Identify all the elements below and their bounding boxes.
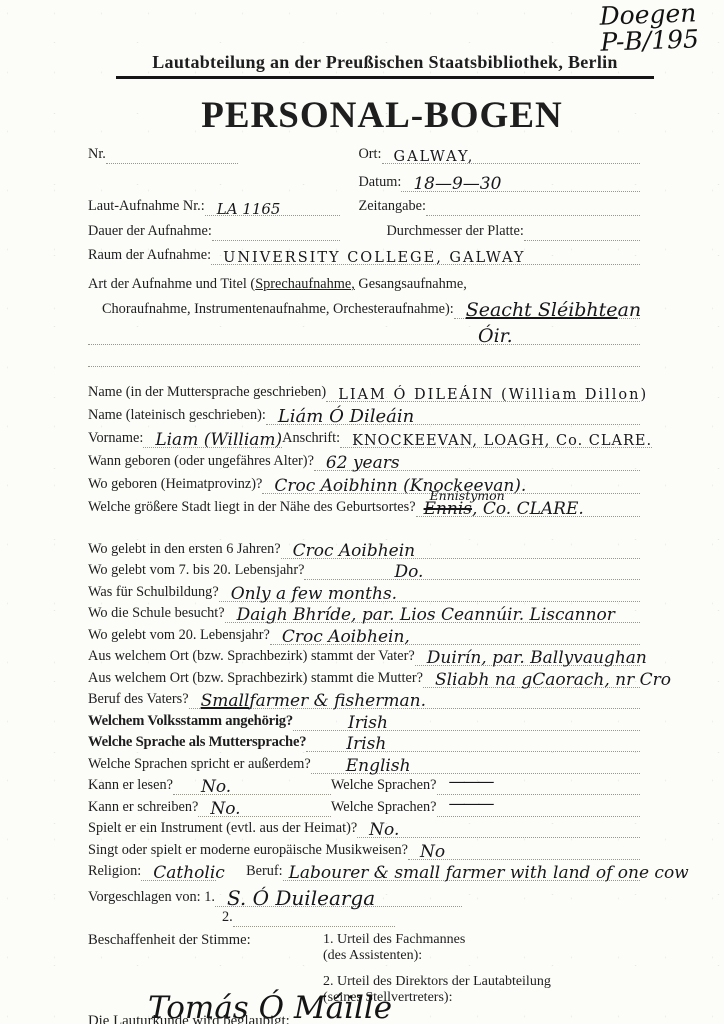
zeitangabe-field (426, 193, 640, 216)
row-nr-ort: Nr. Ort: GALWAY, (88, 142, 640, 164)
zeitangabe-label: Zeitangabe: (358, 198, 425, 216)
raum-label: Raum der Aufnahme: (88, 247, 211, 265)
from20-label: Wo gelebt vom 20. Lebensjahr? (88, 627, 270, 645)
row-vorname-anschrift: Vorname: Liam (William) Anschrift: KNOCK… (88, 425, 640, 448)
other-langs-label: Welche Sprachen spricht er außerdem? (88, 756, 311, 774)
certifier-signature: Tomás Ó Máille (148, 990, 392, 1024)
row-lautnr-zeit: Laut-Aufnahme Nr.: LA 1165 Zeitangabe: (88, 194, 640, 216)
nr-field (106, 141, 238, 164)
archive-annotation-number: P-B/195 (600, 26, 699, 55)
instrument-value: No. (369, 822, 399, 839)
row-modern-music: Singt oder spielt er moderne europäische… (88, 838, 640, 860)
art-titel-field: Seacht Sléibhte an (454, 294, 640, 319)
row-dauer-durchmesser: Dauer der Aufnahme: Durchmesser der Plat… (88, 219, 640, 241)
schooling-label: Was für Schulbildung? (88, 584, 219, 602)
row-father-job: Beruf des Vaters? Small farmer & fisherm… (88, 688, 640, 710)
row-other-langs: Welche Sprachen spricht er außerdem? Eng… (88, 752, 640, 774)
write-langs-label: Welche Sprachen? (331, 799, 437, 817)
first6-label: Wo gelebt in den ersten 6 Jahren? (88, 541, 281, 559)
voice-expert-line2: (des Assistenten): (323, 948, 551, 964)
row-from20: Wo gelebt vom 20. Lebensjahr? Croc Aoibh… (88, 623, 640, 645)
tribe-field: Irish (293, 708, 640, 731)
sprechaufnahme-underlined: Sprechaufnahme, (255, 276, 355, 292)
nearest-city-label: Welche größere Stadt liegt in der Nähe d… (88, 499, 416, 517)
y7to20-field: Do. (304, 558, 640, 581)
name-native-value: LIAM Ó DILEÁIN (William Dillon) (338, 388, 648, 403)
y7to20-label: Wo gelebt vom 7. bis 20. Lebensjahr? (88, 562, 304, 580)
read-langs-field: ——— (437, 773, 641, 796)
ort-value: GALWAY, (394, 150, 475, 165)
dauer-field (212, 218, 341, 241)
tribe-label: Welchem Volksstamm angehörig? (88, 713, 293, 731)
father-from-field: Duirín, par. Ballyvaughan (415, 644, 640, 667)
row-schooling: Was für Schulbildung? Only a few months. (88, 580, 640, 602)
nearest-city-field: EnnistymonEnnis , Co. CLARE. (416, 493, 640, 517)
can-write-value: No. (210, 801, 240, 818)
voice-expert-line1: 1. Urteil des Fachmannes (323, 932, 551, 948)
can-read-label: Kann er lesen? (88, 777, 173, 795)
born-where-label: Wo geboren (Heimatprovinz)? (88, 476, 262, 494)
row-father-from: Aus welchem Ort (bzw. Sprachbezirk) stam… (88, 645, 640, 667)
art-label-line1: Art der Aufnahme und Titel (Sprechaufnah… (88, 276, 467, 293)
proposed-by-field: S. Ó Duilearga (215, 882, 462, 907)
religion-value: Catholic (153, 865, 225, 882)
nearest-city-correction: EnnistymonEnnis (424, 501, 472, 518)
schooling-field: Only a few months. (219, 579, 640, 602)
lautnr-label: Laut-Aufnahme Nr.: (88, 198, 205, 216)
father-from-label: Aus welchem Ort (bzw. Sprachbezirk) stam… (88, 648, 415, 666)
row-name-native: Name (in der Muttersprache geschrieben) … (88, 379, 640, 402)
voice-expert-judgement: 1. Urteil des Fachmannes (des Assistente… (323, 932, 551, 963)
row-raum: Raum der Aufnahme: UNIVERSITY COLLEGE, G… (88, 243, 640, 265)
row-nearest-city: Welche größere Stadt liegt in der Nähe d… (88, 494, 640, 517)
first6-field: Croc Aoibhein (281, 536, 640, 559)
born-when-label: Wann geboren (oder ungefähres Alter)? (88, 453, 314, 471)
row-proposed-by-2: 2. (88, 907, 640, 927)
modern-music-label: Singt oder spielt er moderne europäische… (88, 842, 408, 860)
read-langs-value: ——— (449, 774, 493, 791)
mother-tongue-label: Welche Sprache als Muttersprache? (88, 734, 306, 752)
proposed-by-2-label: 2. (222, 909, 233, 927)
school-where-label: Wo die Schule besucht? (88, 605, 225, 623)
school-where-field: Daigh Bhríde, par. Lios Ceannúir. Liscan… (225, 601, 640, 624)
mother-from-label: Aus welchem Ort (bzw. Sprachbezirk) stam… (88, 670, 423, 688)
read-langs-label: Welche Sprachen? (331, 777, 437, 795)
beruf-label: Beruf: (216, 863, 283, 881)
name-latin-field: Liám Ó Dileáin (266, 401, 640, 425)
row-7to20: Wo gelebt vom 7. bis 20. Lebensjahr? Do. (88, 559, 640, 581)
from20-field: Croc Aoibhein, (270, 622, 640, 645)
vorname-field: Liam (William) (143, 424, 282, 448)
row-mother-tongue: Welche Sprache als Muttersprache? Irish (88, 731, 640, 753)
row-born-when: Wann geboren (oder ungefähres Alter)? 62… (88, 448, 640, 471)
can-write-field: No. (198, 794, 331, 817)
lautnr-field: LA 1165 (205, 193, 341, 216)
row-datum: Datum: 18—9—30 (88, 170, 640, 192)
name-native-field: LIAM Ó DILEÁIN (William Dillon) (326, 378, 640, 402)
nr-label: Nr. (88, 146, 106, 164)
row-name-latin: Name (lateinisch geschrieben): Liám Ó Di… (88, 402, 640, 425)
raum-value: UNIVERSITY COLLEGE, GALWAY (223, 251, 525, 266)
row-instrument: Spielt er ein Instrument (evtl. aus der … (88, 817, 640, 839)
other-langs-value: English (346, 758, 411, 775)
anschrift-value: KNOCKEEVAN, LOAGH, Co. CLARE. (352, 434, 652, 449)
lautnr-value: LA 1165 (217, 202, 281, 217)
datum-label: Datum: (358, 174, 401, 192)
born-when-field: 62 years (314, 447, 640, 471)
row-art-line2: Choraufnahme, Instrumentenaufnahme, Orch… (88, 295, 640, 319)
durchmesser-field (524, 218, 640, 241)
anschrift-field: KNOCKEEVAN, LOAGH, Co. CLARE. (340, 424, 652, 448)
ort-field: GALWAY, (382, 141, 641, 164)
form-title: PERSONAL-BOGEN (40, 94, 724, 137)
ort-label: Ort: (358, 146, 381, 164)
write-langs-field: ——— (437, 794, 641, 817)
proposed-by-2-field (233, 906, 395, 927)
anschrift-label: Anschrift: (282, 430, 340, 448)
modern-music-field: No (408, 837, 640, 860)
row-first6: Wo gelebt in den ersten 6 Jahren? Croc A… (88, 537, 640, 559)
proposed-by-label: Vorgeschlagen von: 1. (88, 889, 215, 907)
row-art-continuation: Óir. (88, 319, 640, 345)
father-job-label: Beruf des Vaters? (88, 691, 189, 709)
art-titel-field-line2: Óir. (88, 318, 640, 345)
archive-annotation: Doegen P-B/195 (599, 0, 699, 54)
father-job-value-underlined: Small (201, 693, 250, 710)
proposed-by-signature: S. Ó Duilearga (227, 888, 375, 908)
row-empty-line (88, 345, 640, 367)
dauer-label: Dauer der Aufnahme: (88, 223, 212, 241)
row-art-line1: Art der Aufnahme und Titel (Sprechaufnah… (88, 269, 640, 293)
beruf-value: Labourer & small farmer with land of one… (289, 865, 689, 882)
organization-header: Lautabteilung an der Preußischen Staatsb… (116, 52, 654, 79)
row-can-write: Kann er schreiben? No. Welche Sprachen? … (88, 795, 640, 817)
can-read-field: No. (173, 773, 331, 796)
row-mother-from: Aus welchem Ort (bzw. Sprachbezirk) stam… (88, 666, 640, 688)
mother-tongue-field: Irish (306, 730, 640, 753)
other-langs-field: English (311, 751, 640, 774)
empty-field (88, 344, 640, 367)
vorname-value: Liam (William) (155, 432, 282, 449)
durchmesser-label: Durchmesser der Platte: (386, 223, 523, 241)
instrument-label: Spielt er ein Instrument (evtl. aus der … (88, 820, 357, 838)
row-born-where: Wo geboren (Heimatprovinz)? Croc Aoibhin… (88, 471, 640, 494)
raum-field: UNIVERSITY COLLEGE, GALWAY (211, 242, 640, 265)
datum-value: 18—9—30 (413, 176, 501, 193)
father-job-field: Small farmer & fisherman. (189, 687, 640, 710)
write-langs-value: ——— (449, 796, 493, 813)
row-religion-beruf: Religion: Catholic Beruf: Labourer & sma… (88, 860, 640, 882)
name-latin-label: Name (lateinisch geschrieben): (88, 407, 266, 425)
vorname-label: Vorname: (88, 430, 143, 448)
nearest-city-rest-value: , Co. CLARE. (472, 501, 584, 518)
beruf-field: Labourer & small farmer with land of one… (283, 859, 640, 882)
datum-field: 18—9—30 (401, 169, 640, 192)
from20-value: Croc Aoibhein, (282, 629, 410, 646)
row-can-read: Kann er lesen? No. Welche Sprachen? ——— (88, 774, 640, 796)
name-native-label: Name (in der Muttersprache geschrieben) (88, 384, 326, 402)
row-school-where: Wo die Schule besucht? Daigh Bhríde, par… (88, 602, 640, 624)
personal-bogen-document: Doegen P-B/195 Lautabteilung an der Preu… (0, 0, 724, 1024)
form-body: Nr. Ort: GALWAY, Datum: 18—9—30 Laut-Auf… (88, 142, 640, 1024)
religion-label: Religion: (88, 863, 141, 881)
row-proposed-by: Vorgeschlagen von: 1. S. Ó Duilearga (88, 883, 640, 907)
religion-field: Catholic (141, 859, 216, 882)
art-label-line2: Choraufnahme, Instrumentenaufnahme, Orch… (88, 301, 454, 319)
mother-from-field: Sliabh na gCaorach, nr Cro (423, 665, 640, 688)
row-tribe: Welchem Volksstamm angehörig? Irish (88, 709, 640, 731)
voice-director-line1: 2. Urteil des Direktors der Lautabteilun… (323, 974, 551, 990)
can-write-label: Kann er schreiben? (88, 799, 198, 817)
instrument-field: No. (357, 816, 640, 839)
